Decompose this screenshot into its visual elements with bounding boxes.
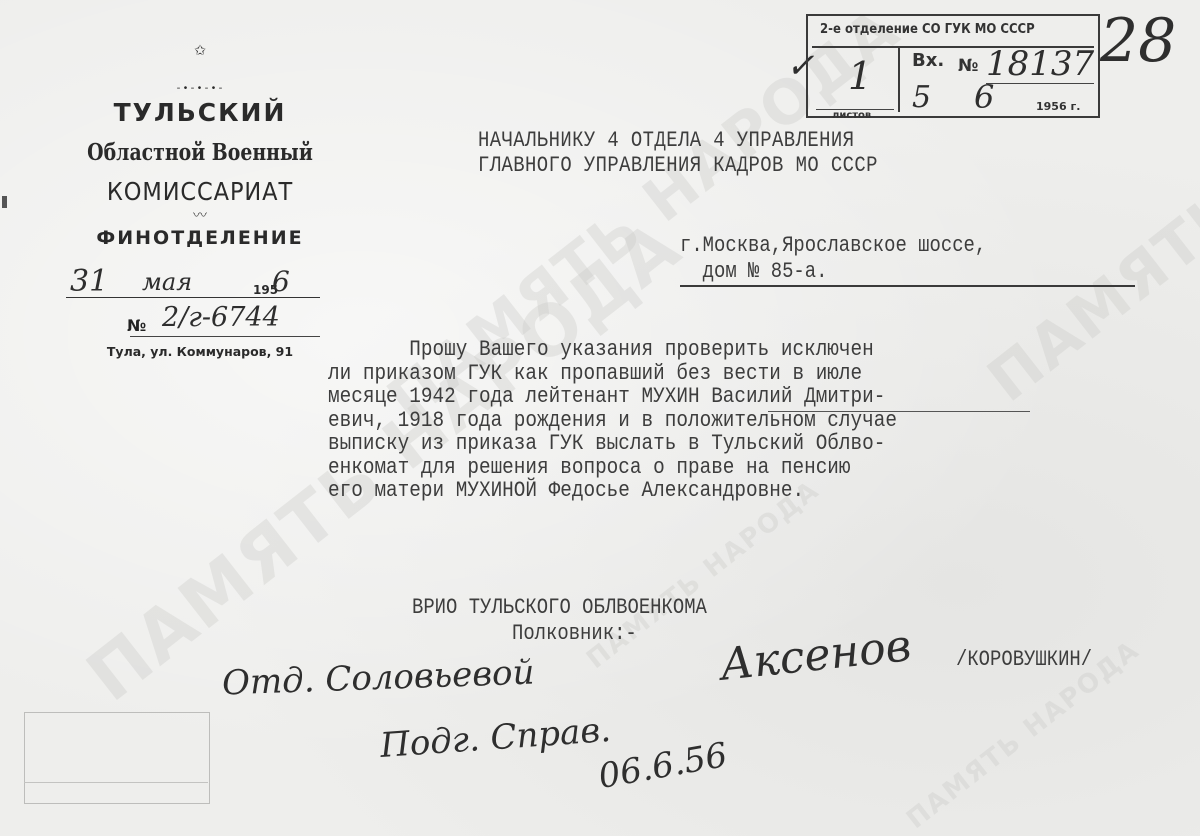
signatory-rank: Полковник:- bbox=[512, 620, 637, 646]
signatory-name: /КОРОВУШКИН/ bbox=[956, 646, 1092, 672]
body-line: енкомат для решения вопроса о праве на п… bbox=[328, 454, 851, 480]
letterhead-line-1: ТУЛЬСКИЙ bbox=[50, 98, 350, 127]
letter-body: Прошу Вашего указания проверить исключен… bbox=[328, 338, 897, 503]
address-line: г.Москва,Ярославское шоссе, bbox=[680, 232, 986, 258]
stamp-header: 2-е отделение СО ГУК МО СССР bbox=[820, 22, 1035, 37]
letterhead-department: ФИНОТДЕЛЕНИЕ bbox=[50, 227, 350, 249]
letterhead-address: Тула, ул. Коммунаров, 91 bbox=[50, 344, 350, 359]
body-line: выписку из приказа ГУК выслать в Тульски… bbox=[328, 430, 885, 456]
body-line: Прошу Вашего указания проверить исключен bbox=[328, 336, 874, 362]
address-line: дом № 85-а. bbox=[680, 258, 827, 284]
scan-edge-mark bbox=[2, 196, 7, 208]
addressee-line: ГЛАВНОГО УПРАВЛЕНИЯ КАДРОВ МО СССР bbox=[478, 152, 878, 178]
letter-date-month: мая bbox=[142, 268, 192, 296]
address-rule bbox=[680, 285, 1135, 287]
stamp-sheets-label: листов bbox=[832, 110, 871, 121]
stamp-incoming-label: Вх. bbox=[912, 50, 944, 71]
stamp-day: 5 bbox=[912, 80, 931, 115]
faint-stamp-box bbox=[24, 712, 210, 804]
addressee-block: НАЧАЛЬНИКУ 4 ОТДЕЛА 4 УПРАВЛЕНИЯ ГЛАВНОГ… bbox=[478, 128, 878, 178]
letter-number: 2/г-6744 bbox=[162, 302, 280, 333]
star-icon: ✩ bbox=[50, 36, 350, 62]
ornament-divider: ‐•‐•‐•‐ bbox=[50, 84, 350, 95]
stamp-month: 6 bbox=[974, 78, 994, 116]
signatory-title: ВРИО ТУЛЬСКОГО ОБЛВОЕНКОМА bbox=[412, 594, 707, 620]
body-line: месяце 1942 года лейтенант МУХИН Василий… bbox=[328, 383, 885, 409]
body-line: ли приказом ГУК как пропавший без вести … bbox=[328, 360, 862, 386]
letterhead-line-2: Областной Военный bbox=[77, 139, 323, 166]
page-number: 28 bbox=[1100, 6, 1176, 76]
stamp-incoming-number: 18137 bbox=[986, 44, 1094, 84]
letter-number-sign: № bbox=[127, 316, 146, 335]
body-line: его матери МУХИНОЙ Федосье Александровне… bbox=[328, 477, 804, 503]
stamp-rule bbox=[986, 83, 1094, 84]
address-block: г.Москва,Ярославское шоссе, дом № 85-а. bbox=[680, 232, 986, 284]
addressee-line: НАЧАЛЬНИКУ 4 ОТДЕЛА 4 УПРАВЛЕНИЯ bbox=[478, 127, 854, 153]
name-underline bbox=[768, 411, 1030, 412]
ornament-divider: 〰 bbox=[50, 205, 350, 225]
letter-date-day: 31 bbox=[70, 264, 108, 299]
faint-stamp-rule bbox=[24, 782, 208, 783]
registration-stamp: 2-е отделение СО ГУК МО СССР 1 листов Вх… bbox=[806, 14, 1100, 118]
stamp-sheets-value: 1 bbox=[848, 54, 872, 98]
stamp-divider bbox=[898, 48, 900, 112]
date-rule bbox=[66, 297, 320, 298]
letter-date-year-handwritten: 6 bbox=[272, 265, 290, 298]
letterhead-line-3: КОМИССАРИАТ bbox=[65, 177, 335, 206]
stamp-number-sign: № bbox=[958, 56, 978, 76]
number-rule bbox=[130, 336, 320, 337]
stamp-year: 1956 г. bbox=[1036, 100, 1080, 113]
